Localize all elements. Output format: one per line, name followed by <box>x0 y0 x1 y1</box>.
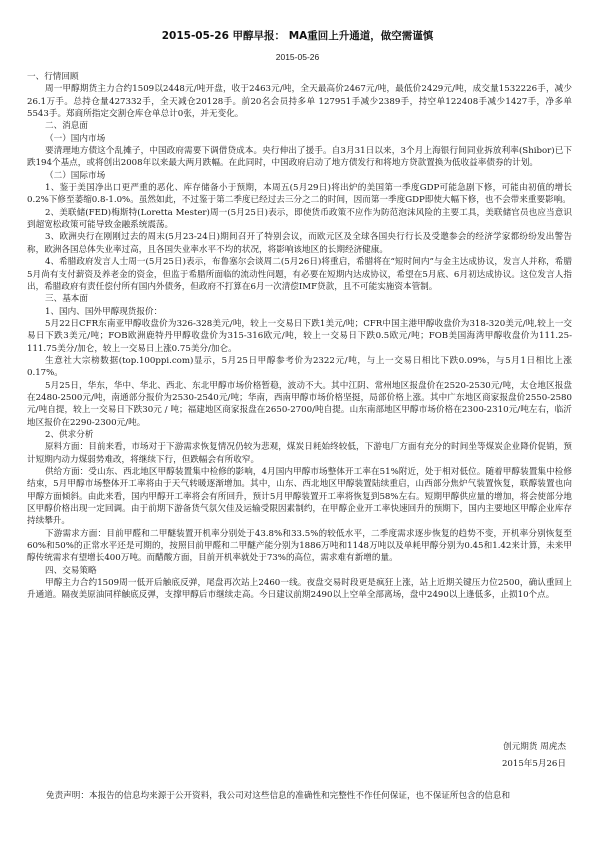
document-page: 2015-05-26 甲醇早报： MA重回上升通道，做空需谨慎 2015-05-… <box>0 0 595 842</box>
document-date: 2015-05-26 <box>0 52 595 62</box>
market-review-paragraph: 周一甲醇期货主力合约1509以2448元/吨开盘，收于2463元/吨，全天最高价… <box>27 83 572 120</box>
section-heading-news: 二、消息面 <box>27 120 572 132</box>
subheading-international-market: （二）国际市场 <box>27 170 572 182</box>
supply-demand-paragraph: 供给方面：受山东、西北地区甲醇装置集中检修的影响，4月国内甲醇市场整体开工率在5… <box>27 466 572 528</box>
spot-price-paragraph: 5月25日，华东，华中、华北、西北、东北甲醇市场价格暂稳，波动不大。其中江阴、常… <box>27 380 572 429</box>
disclaimer-text: 免责声明：本报告的信息均来源于公开资料，我公司对这些信息的准确性和完整性不作任何… <box>46 790 566 802</box>
spot-price-paragraph: 生意社大宗榜数据(top.100ppi.com)显示，5月25日甲醇参考价为23… <box>27 355 572 380</box>
subheading-spot-prices: 1、国内、国外甲醇现货报价： <box>27 306 572 318</box>
international-item: 4、希腊政府发言人士周一(5月25日)表示，布鲁塞尔会谈周二(5月26日)将重启… <box>27 256 572 293</box>
international-item: 3、欧洲央行在刚刚过去的周末(5月23-24日)期间召开了特别会议，而欧元区及全… <box>27 231 572 256</box>
subheading-supply-demand: 2、供求分析 <box>27 429 572 441</box>
document-title: 2015-05-26 甲醇早报： MA重回上升通道，做空需谨慎 <box>0 28 595 43</box>
international-item: 2、美联储(FED)梅斯特(Loretta Mester)周一(5月25日)表示… <box>27 207 572 232</box>
supply-demand-paragraph: 下游需求方面：目前甲醛和二甲醚装置开机率分别处于43.8%和33.5%的较低水平… <box>27 528 572 565</box>
domestic-market-paragraph: 要清理地方债这个乱摊子，中国政府需要下调借贷成本。央行伸出了援手。自3月31日以… <box>27 145 572 170</box>
strategy-paragraph: 甲醇主力合约1509周一低开后触底反弹，尾盘再次站上2460一线。夜盘交易时段更… <box>27 577 572 602</box>
spot-price-paragraph: 5月22日CFR东南亚甲醇收盘价为326-328美元/吨，较上一交易日下跌1美元… <box>27 318 572 355</box>
document-body: 一、行情回顾 周一甲醇期货主力合约1509以2448元/吨开盘，收于2463元/… <box>27 71 572 602</box>
section-heading-fundamentals: 三、基本面 <box>27 293 572 305</box>
international-item: 1、鉴于美国净出口更严重的恶化、库存储备小于预期，本周五(5月29日)将出炉的美… <box>27 182 572 207</box>
subheading-domestic-market: （一）国内市场 <box>27 133 572 145</box>
signature-date: 2015年5月26日 <box>502 756 566 773</box>
signature-block: 创元期货 周虎杰 2015年5月26日 <box>502 739 566 773</box>
signature-author: 创元期货 周虎杰 <box>502 739 566 756</box>
supply-demand-paragraph: 原料方面：目前来看，市场对于下游需求恢复情况仍较为悲观，煤炭日耗始终较低，下游电… <box>27 441 572 466</box>
section-heading-market-review: 一、行情回顾 <box>27 71 572 83</box>
section-heading-strategy: 四、交易策略 <box>27 565 572 577</box>
